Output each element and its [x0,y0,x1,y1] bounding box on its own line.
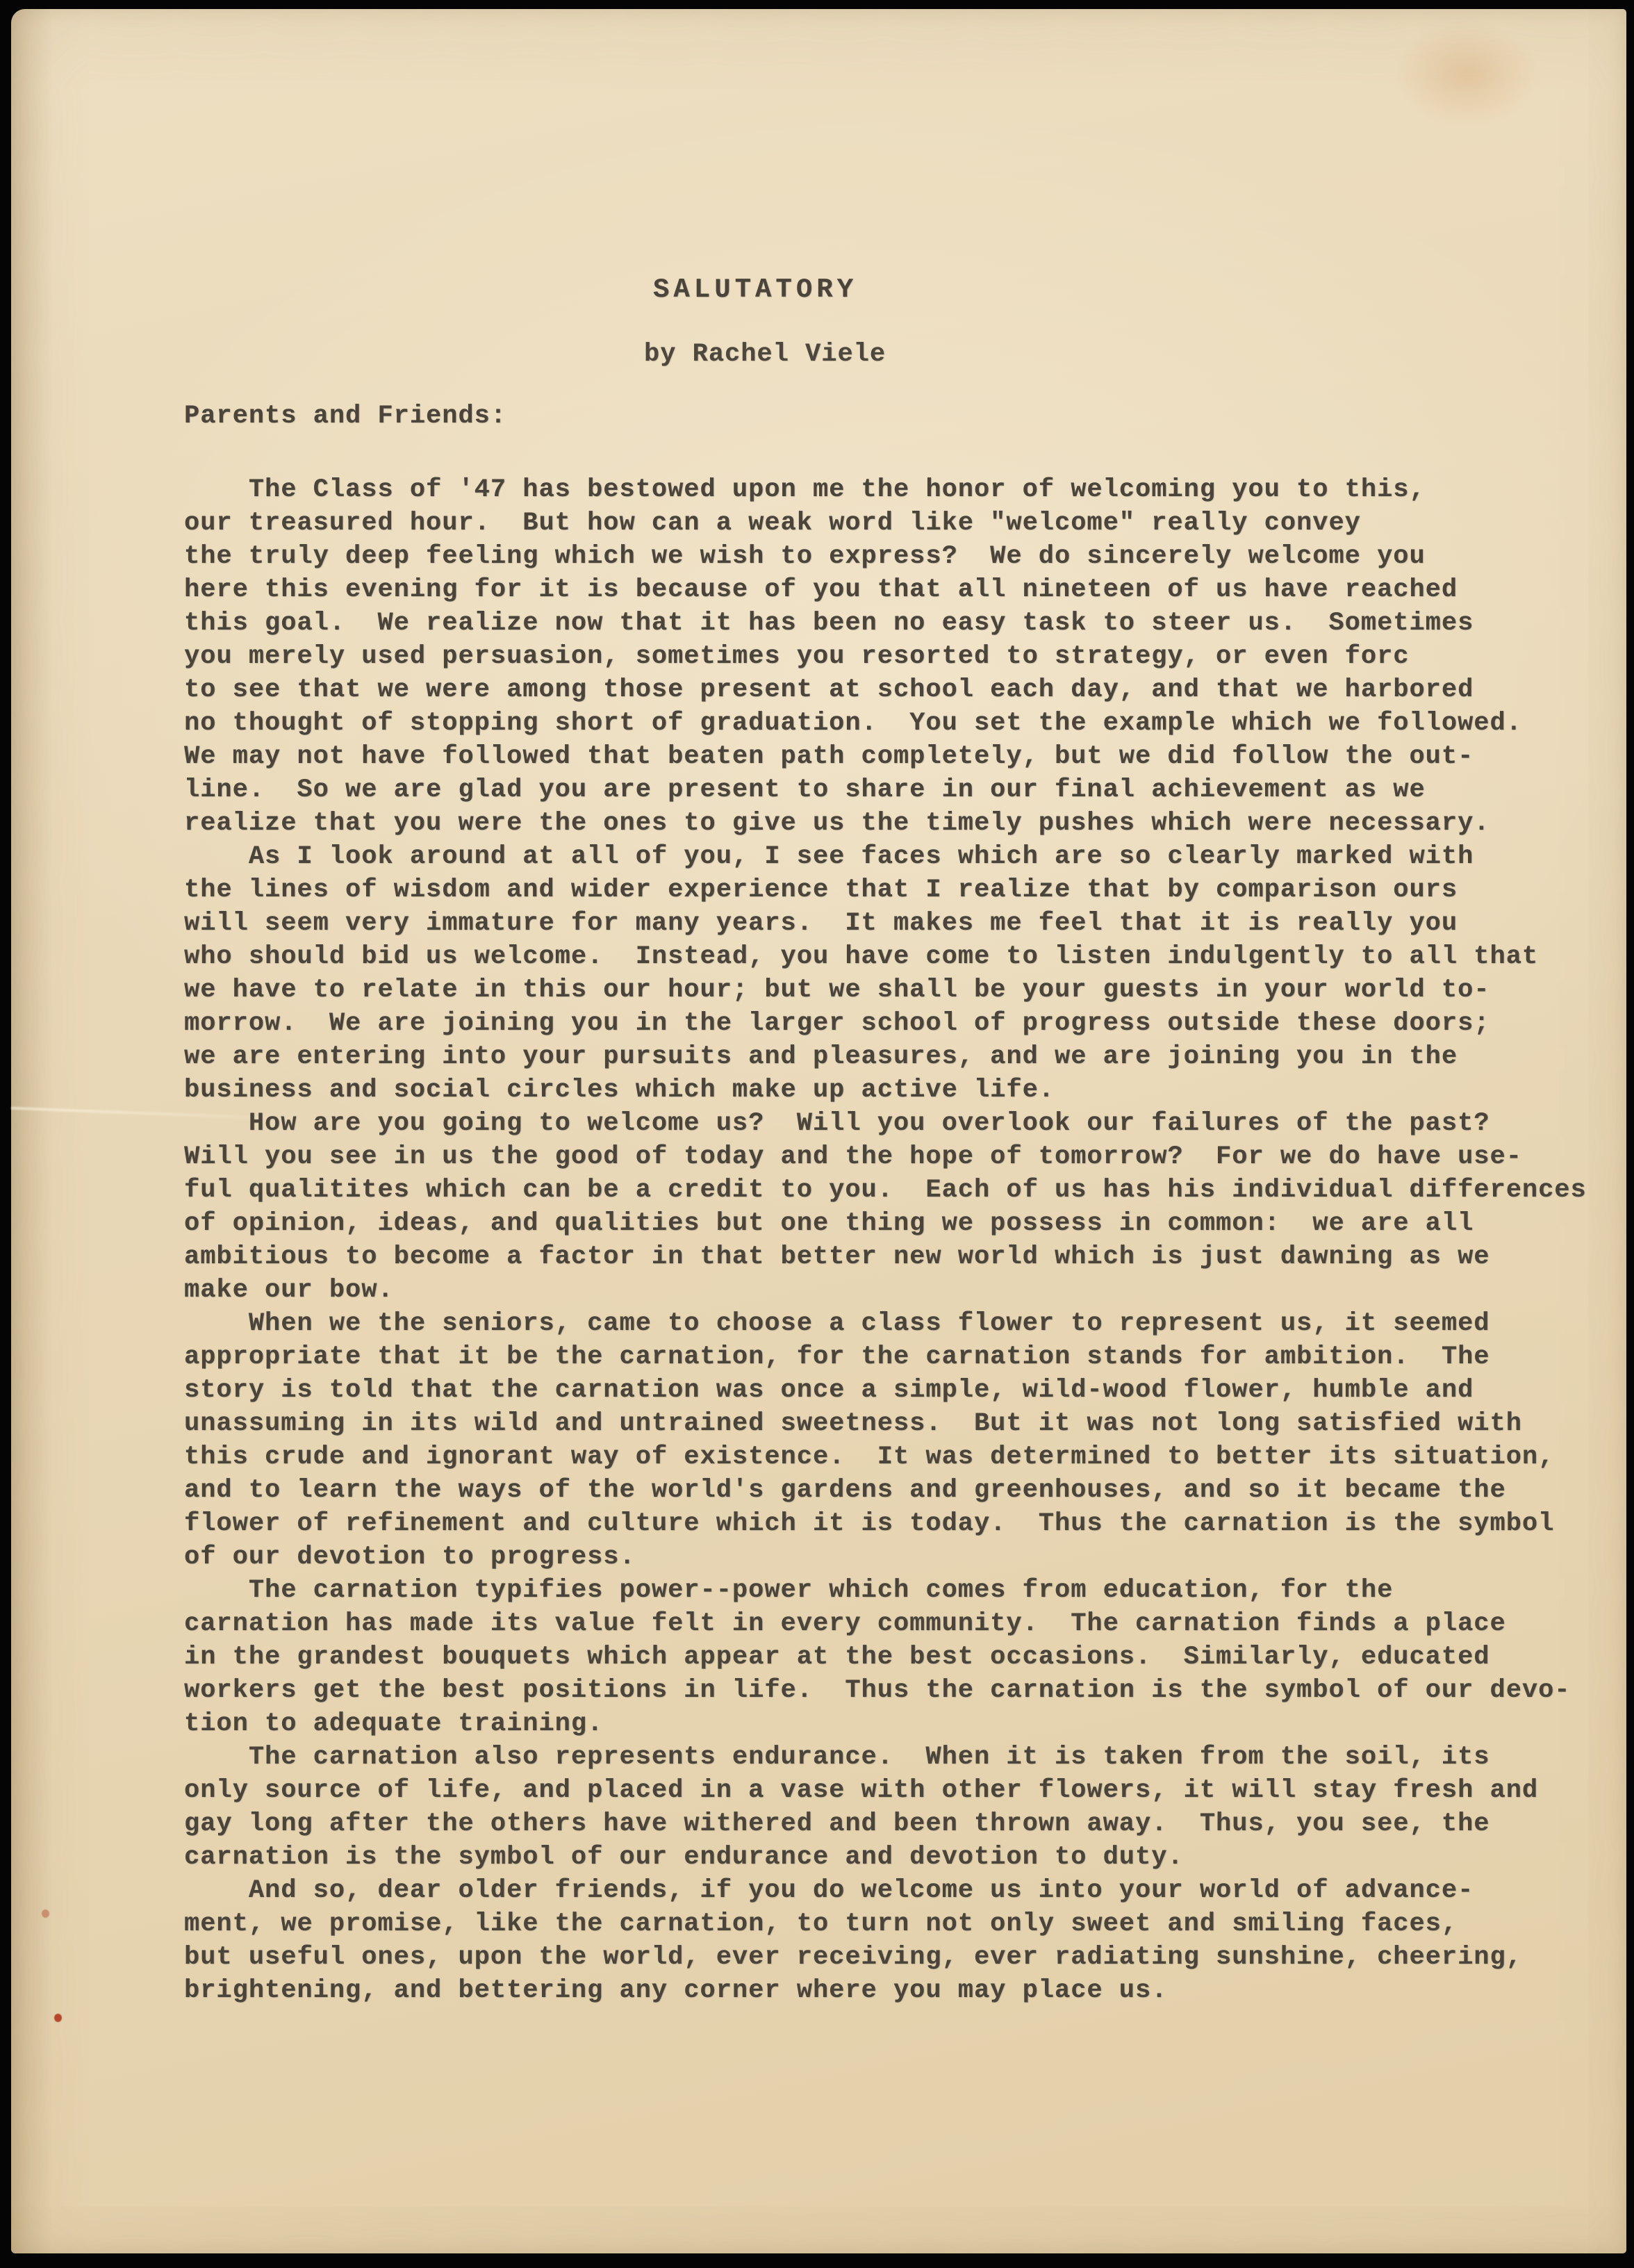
text-line: story is told that the carnation was onc… [184,1374,1615,1407]
text-line: no thought of stopping short of graduati… [184,707,1615,740]
text-line: make our bow. [184,1274,1615,1307]
text-line: to see that we were among those present … [184,673,1615,707]
paper: SALUTATORY by Rachel Viele Parents and F… [11,9,1626,2253]
text-line: who should bid us welcome. Instead, you … [184,940,1615,973]
salutation: Parents and Friends: [184,402,506,431]
text-line: carnation is the symbol of our endurance… [184,1841,1615,1874]
text-line: our treasured hour. But how can a weak w… [184,507,1615,540]
text-line: only source of life, and placed in a vas… [184,1774,1615,1807]
text-line: the truly deep feeling which we wish to … [184,540,1615,573]
document-body: The Class of '47 has bestowed upon me th… [184,473,1615,2007]
text-line: carnation has made its value felt in eve… [184,1607,1615,1641]
text-line: unassuming in its wild and untrained swe… [184,1407,1615,1440]
text-line: the lines of wisdom and wider experience… [184,873,1615,907]
text-line: How are you going to welcome us? Will yo… [184,1107,1615,1140]
text-line: ment, we promise, like the carnation, to… [184,1907,1615,1941]
scanned-page: SALUTATORY by Rachel Viele Parents and F… [0,0,1634,2268]
text-line: realize that you were the ones to give u… [184,807,1615,840]
text-line: And so, dear older friends, if you do we… [184,1874,1615,1907]
text-line: morrow. We are joining you in the larger… [184,1007,1615,1040]
text-line: here this evening for it is because of y… [184,573,1615,607]
red-ink-speck [54,2014,62,2022]
text-line: workers get the best positions in life. … [184,1674,1615,1707]
text-line: we are entering into your pursuits and p… [184,1040,1615,1074]
text-line: The carnation also represents endurance.… [184,1741,1615,1774]
text-line: we have to relate in this our hour; but … [184,973,1615,1007]
text-line: business and social circles which make u… [184,1074,1615,1107]
text-line: When we the seniors, came to choose a cl… [184,1307,1615,1340]
text-line: appropriate that it be the carnation, fo… [184,1340,1615,1374]
text-line: As I look around at all of you, I see fa… [184,840,1615,873]
text-line: will seem very immature for many years. … [184,907,1615,940]
text-line: in the grandest bouquets which appear at… [184,1641,1615,1674]
text-line: tion to adequate training. [184,1707,1615,1741]
text-line: but useful ones, upon the world, ever re… [184,1941,1615,1974]
text-line: line. So we are glad you are present to … [184,773,1615,807]
text-line: brightening, and bettering any corner wh… [184,1974,1615,2007]
text-line: The Class of '47 has bestowed upon me th… [184,473,1615,507]
text-line: We may not have followed that beaten pat… [184,740,1615,773]
red-ink-speck [42,1909,49,1918]
text-line: of opinion, ideas, and qualities but one… [184,1207,1615,1240]
text-line: and to learn the ways of the world's gar… [184,1474,1615,1507]
text-line: Will you see in us the good of today and… [184,1140,1615,1174]
text-line: ful qualitites which can be a credit to … [184,1174,1615,1207]
text-line: of our devotion to progress. [184,1540,1615,1574]
text-line: flower of refinement and culture which i… [184,1507,1615,1540]
page-title: SALUTATORY [653,274,857,305]
text-line: you merely used persuasion, sometimes yo… [184,640,1615,673]
paper-stain [1394,23,1540,127]
text-line: The carnation typifies power--power whic… [184,1574,1615,1607]
text-line: gay long after the others have withered … [184,1807,1615,1841]
text-line: this goal. We realize now that it has be… [184,607,1615,640]
byline: by Rachel Viele [644,340,886,369]
text-line: this crude and ignorant way of existence… [184,1440,1615,1474]
text-line: ambitious to become a factor in that bet… [184,1240,1615,1274]
